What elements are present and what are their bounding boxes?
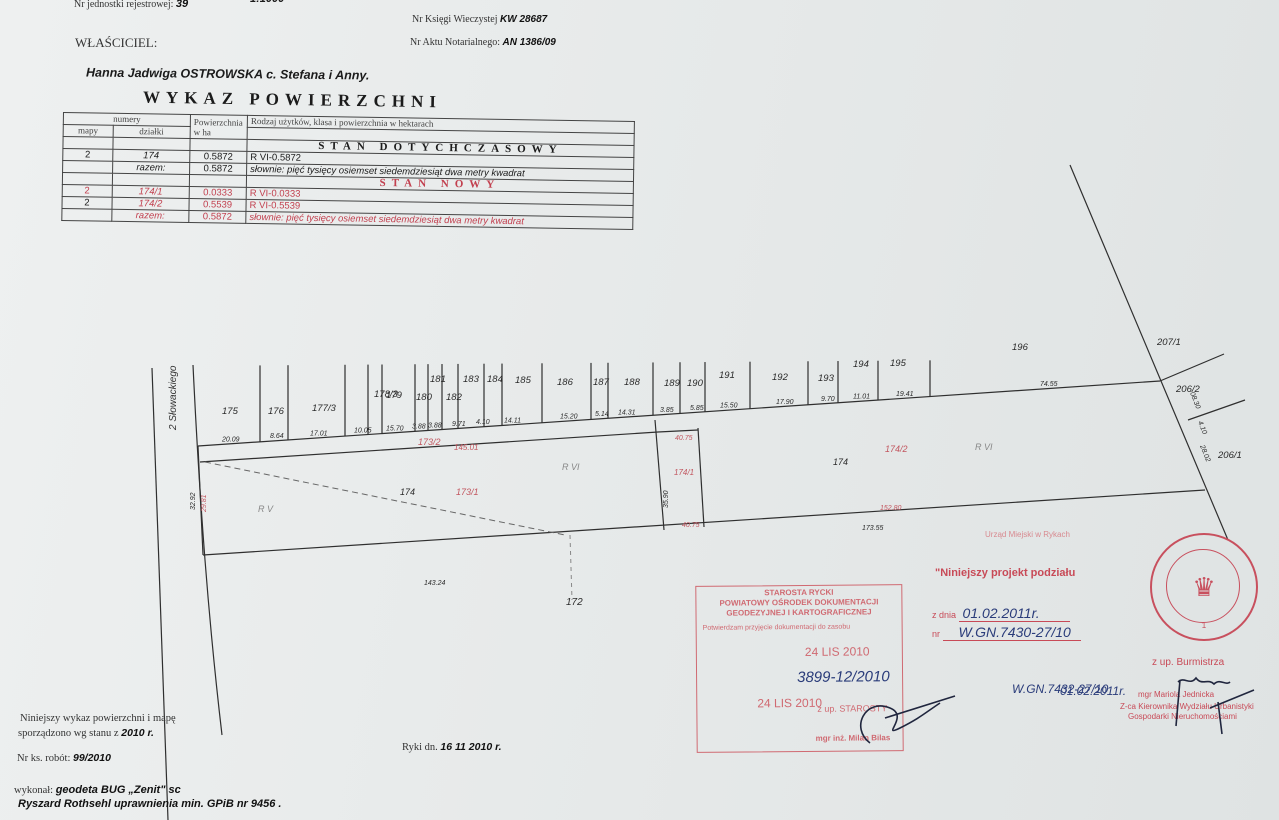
urzad-date: 01.02.2011r. — [959, 605, 1070, 622]
map-label: 4.10 — [476, 419, 490, 426]
signature-starosta — [830, 688, 960, 758]
map-label: R VI — [975, 442, 993, 452]
survey-document: Nr jednostki rejestrowej: 39 1:1000 Nr K… — [0, 0, 1279, 820]
map-label: 5.85 — [690, 405, 704, 412]
street-label: 2 Słowackiego — [168, 365, 179, 431]
map-label: 196 — [1012, 342, 1029, 353]
map-label: 187 — [593, 377, 610, 388]
map-label: 3.88 — [428, 422, 442, 429]
map-label: 15.20 — [560, 414, 578, 421]
map-label: 175 — [222, 406, 239, 417]
map-label: 152.80 — [880, 505, 902, 512]
map-label: 184 — [487, 374, 503, 385]
map-label: 180 — [416, 392, 433, 403]
map-label: 9.70 — [821, 396, 835, 403]
map-label: 186 — [557, 377, 574, 388]
map-label: 28.02 — [1198, 443, 1211, 463]
stamp-number: 3899-12/2010 — [797, 668, 902, 686]
map-label: 74.55 — [1040, 381, 1058, 388]
map-label: 4.10 — [1196, 420, 1208, 435]
map-label: 29.81 — [201, 494, 208, 513]
map-label: 5.14 — [595, 411, 609, 418]
map-label: 174 — [833, 457, 848, 467]
map-label: 174 — [400, 487, 415, 497]
map-label: 206/2 — [1175, 384, 1200, 395]
urzad-header: Urząd Miejski w Rykach — [985, 530, 1070, 540]
map-label: R VI — [562, 462, 580, 472]
map-label: 11.01 — [853, 394, 870, 401]
map-label: 185 — [515, 375, 532, 386]
map-label: 177/3 — [312, 403, 336, 414]
eagle-icon: ♛ — [1152, 573, 1256, 603]
map-label: 207/1 — [1156, 337, 1181, 348]
map-label: 8.64 — [270, 433, 284, 440]
map-label: 32.92 — [190, 492, 197, 510]
map-label: 17.90 — [776, 399, 794, 406]
map-label: 190 — [687, 378, 704, 389]
map-label: 20.09 — [221, 436, 240, 443]
map-label: 176 — [268, 406, 285, 417]
map-label: 19.41 — [896, 391, 914, 398]
map-label: 14.31 — [618, 410, 636, 417]
map-label: 145.01 — [454, 443, 478, 452]
map-label: 10.05 — [354, 427, 372, 434]
map-label: 14.11 — [504, 417, 521, 424]
map-label: 174/2 — [885, 444, 908, 454]
burmistrz-title: z up. Burmistrza — [1152, 657, 1224, 668]
map-label: 17.01 — [310, 430, 328, 437]
urzad-number: W.GN.7430-27/10 — [943, 624, 1081, 641]
map-label: 40.75 — [682, 522, 700, 529]
urzad-quote: "Niniejszy projekt podziału — [935, 567, 1075, 579]
map-label: 3.85 — [660, 407, 674, 414]
map-label: 191 — [719, 370, 735, 381]
map-label: 181 — [430, 374, 446, 385]
map-label: 206/1 — [1217, 450, 1242, 461]
map-label: 9.71 — [452, 421, 466, 428]
map-label: R V — [258, 504, 274, 514]
map-label: 189 — [664, 378, 681, 389]
map-label: 172 — [566, 597, 583, 608]
signature-burmistrz — [1170, 668, 1260, 738]
map-label: 15.70 — [386, 425, 404, 432]
map-label: 179 — [386, 390, 403, 401]
map-label: 3.88 — [412, 424, 426, 431]
map-label: 174/1 — [674, 468, 694, 477]
map-label: 143.24 — [424, 580, 446, 587]
map-label: 192 — [772, 372, 789, 383]
surveyor: Ryszard Rothsehl uprawnienia min. GPiB n… — [18, 798, 281, 810]
map-label: 173/2 — [418, 437, 441, 447]
map-label: 188 — [624, 377, 641, 388]
map-label: 40.75 — [675, 435, 693, 442]
map-label: 173.55 — [862, 525, 884, 532]
map-label: 183 — [463, 374, 480, 385]
map-label: 194 — [853, 359, 869, 370]
map-label: 173/1 — [456, 487, 479, 497]
map-label: 182 — [446, 392, 463, 403]
map-label: 193 — [818, 373, 835, 384]
decision-date: 01.02.2011r. — [1060, 684, 1126, 698]
round-seal: ♛ 1 — [1150, 533, 1258, 641]
map-label: 35.90 — [663, 490, 670, 508]
map-label: 15.50 — [720, 403, 738, 410]
map-label: 195 — [890, 358, 907, 369]
